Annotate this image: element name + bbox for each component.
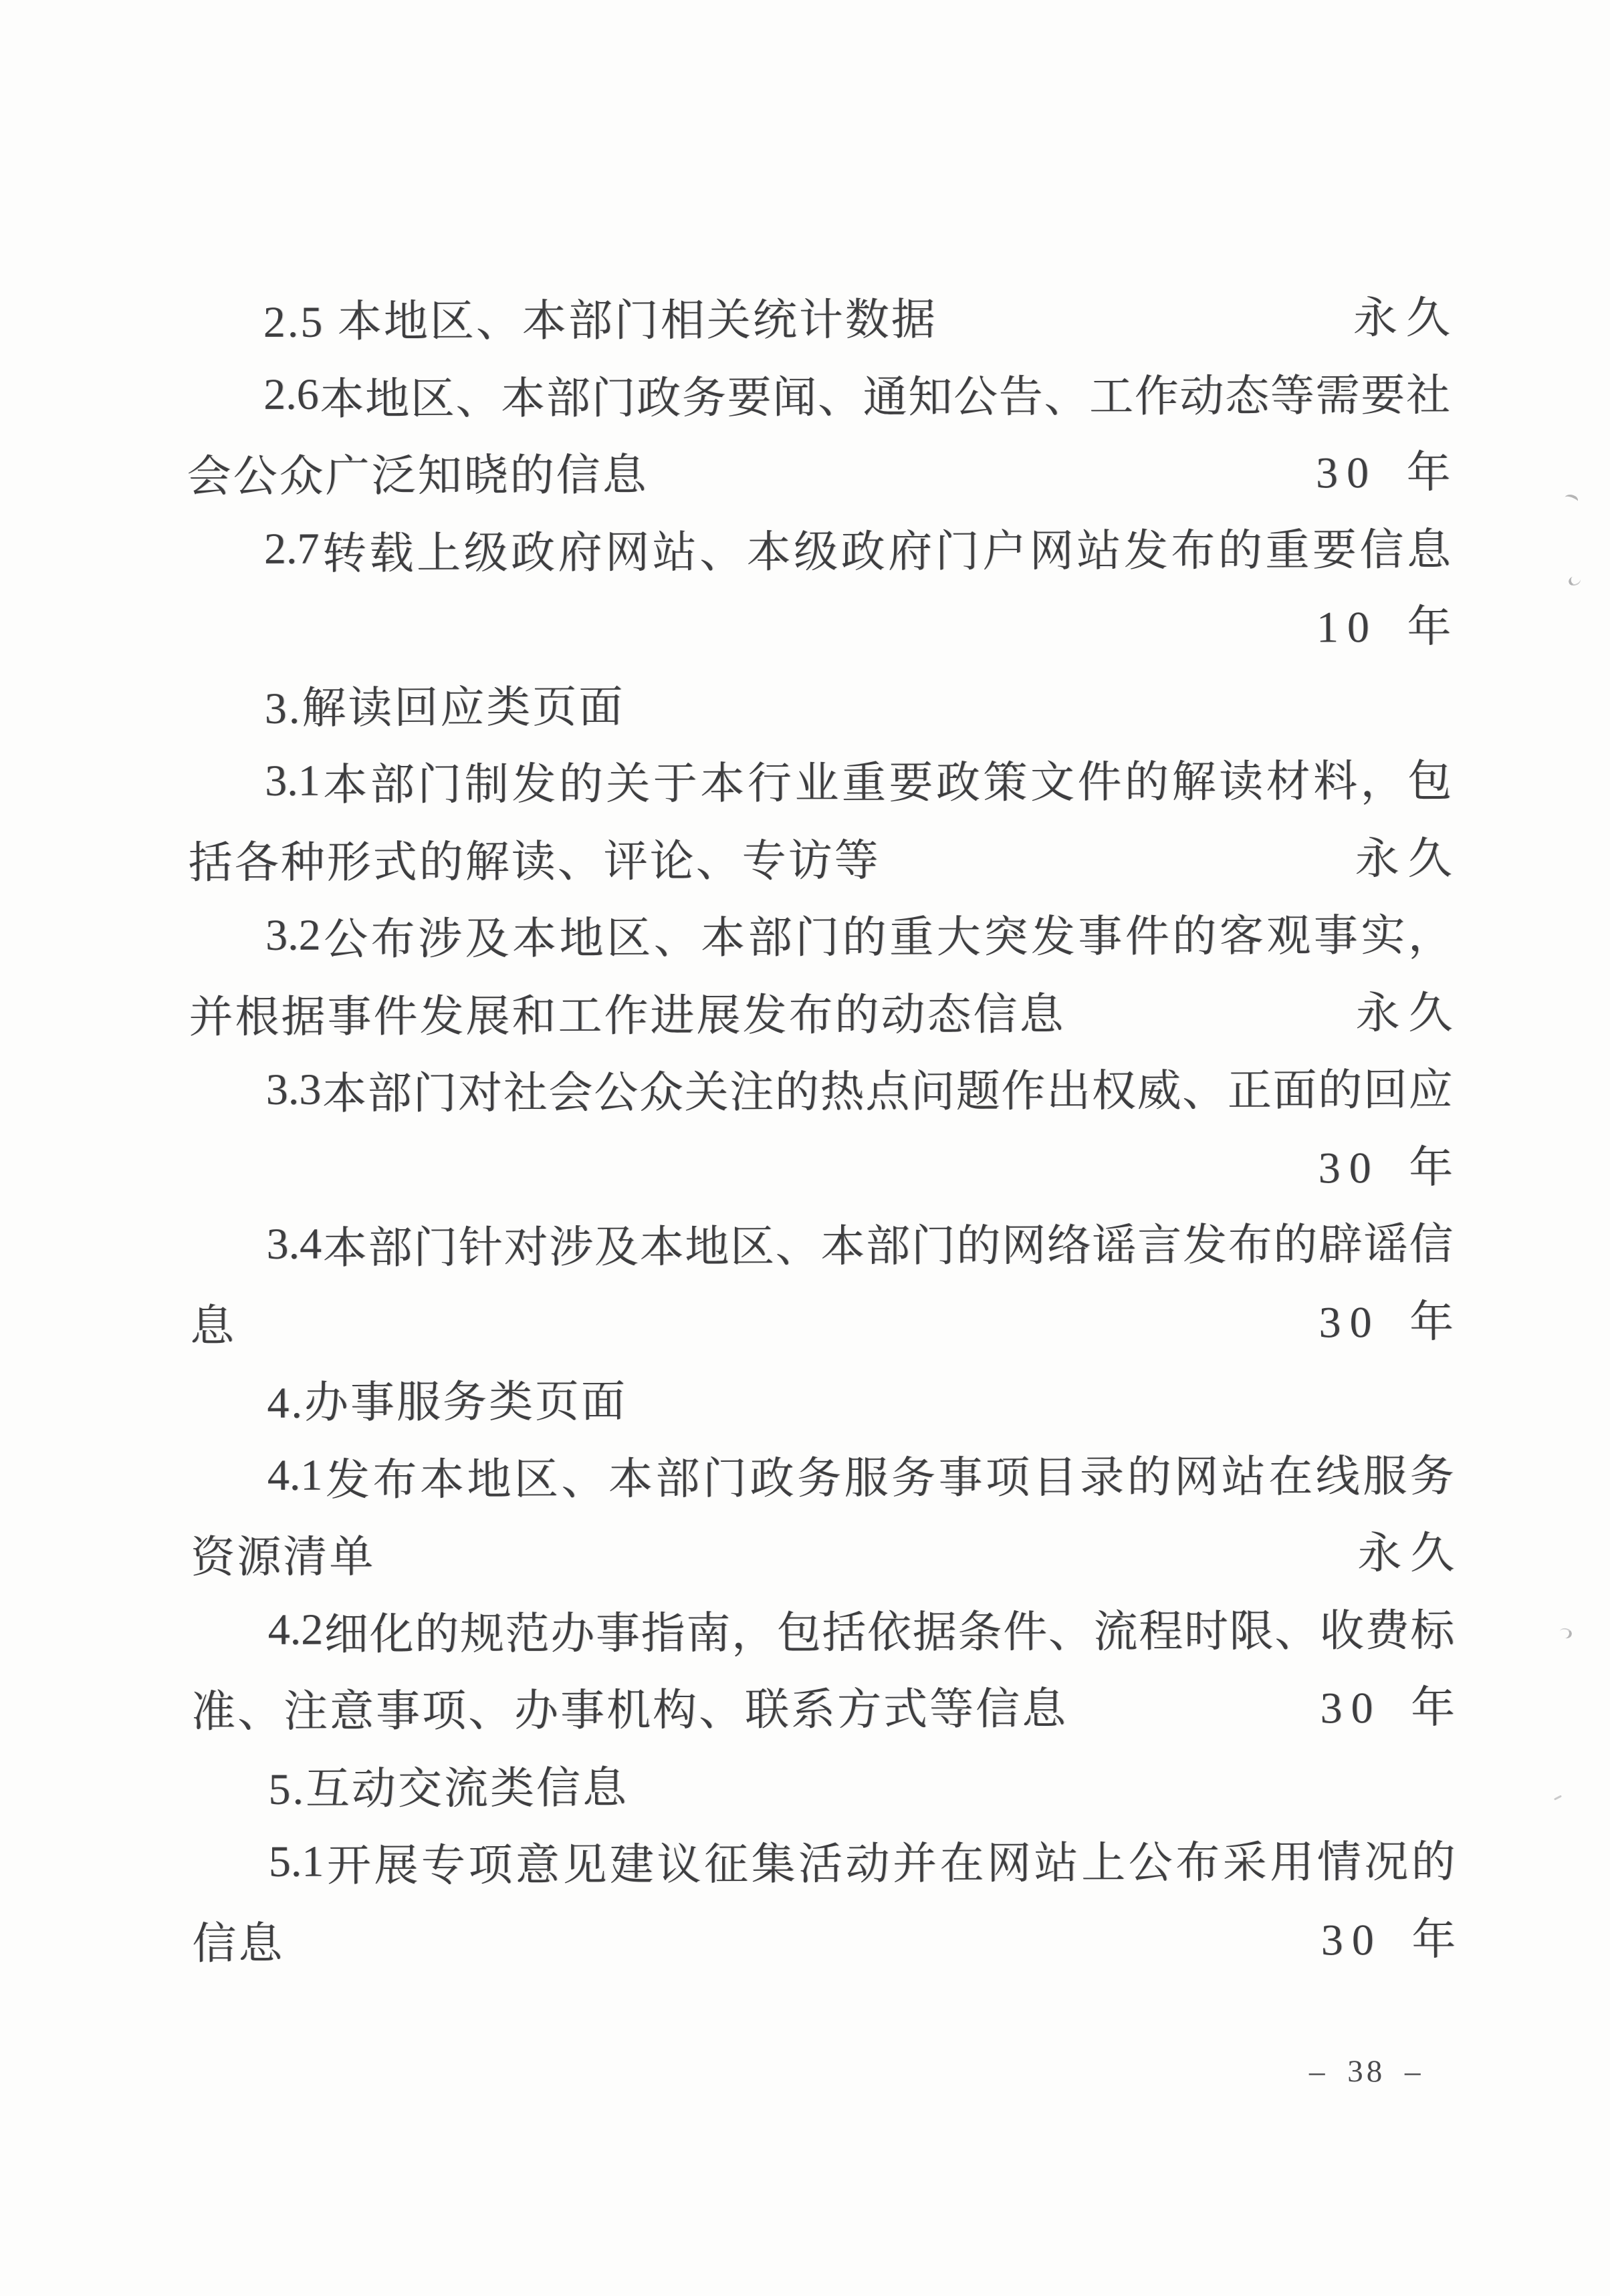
line-text: 本 <box>323 1213 367 1276</box>
line-text: 知 <box>908 361 952 424</box>
line-text: 括 <box>822 1597 866 1660</box>
line-text: 化 <box>369 1598 413 1662</box>
line-text: 4.2 <box>267 1605 323 1656</box>
line-text: ， <box>1360 745 1404 809</box>
line-text: 并根据事件发展和工作进展发布的动态信息 <box>189 978 1065 1045</box>
line-text: 于 <box>653 748 697 811</box>
retention-label: 永久 <box>1353 282 1459 346</box>
line-text: 采 <box>1222 1827 1266 1890</box>
line-text: 观 <box>1266 900 1310 964</box>
line-text: 要 <box>1312 514 1357 578</box>
line-text: 件 <box>1003 1596 1047 1660</box>
line-text: 信 <box>1359 514 1403 578</box>
line-text: 区 <box>730 1210 774 1274</box>
line-text: 务 <box>797 1442 841 1506</box>
line-text: 的 <box>559 748 603 811</box>
document-line: 2.6本地区、本部门政务要闻、通知公告、工作动态等需要社 <box>187 352 1450 434</box>
document-line: 息30 年 <box>190 1279 1454 1360</box>
document-line: 资源清单永久 <box>191 1511 1454 1592</box>
line-text: 制 <box>465 749 509 812</box>
document-line: 3.4本部门针对涉及本地区、本部门的网络谣言发布的辟谣信 <box>189 1202 1453 1283</box>
retention-label: 30 年 <box>1318 1285 1462 1350</box>
line-text: 4.1 <box>267 1450 323 1501</box>
line-text: 部 <box>747 902 792 965</box>
document-line: 3.1本部门制发的关于本行业重要政策文件的解读材料，包 <box>188 739 1452 820</box>
line-text: 4.办事服务类页面 <box>267 1366 627 1430</box>
line-text: 门 <box>935 515 980 579</box>
retention-label: 30 年 <box>1320 1672 1464 1736</box>
line-text: 本 <box>700 748 744 811</box>
line-text: 闻 <box>772 362 816 425</box>
line-text: 本 <box>608 1443 653 1507</box>
line-text: 网 <box>1174 1441 1218 1505</box>
line-text: 件 <box>1125 900 1169 964</box>
line-text: 政 <box>637 362 681 425</box>
line-text: 征 <box>704 1829 748 1892</box>
line-text: 地 <box>685 1211 729 1275</box>
line-text: 本 <box>320 363 364 426</box>
line-text: 地 <box>467 1443 511 1507</box>
line-text: 范 <box>505 1598 549 1661</box>
scan-artifact <box>1554 1795 1562 1800</box>
line-text: 、 <box>818 362 862 425</box>
line-text: 站 <box>652 516 696 580</box>
line-text: 2.5 本地区、本部门相关统计数据 <box>263 284 937 350</box>
line-text: 注 <box>729 1056 774 1120</box>
document-line: 5.互动交流类信息 <box>191 1742 1455 1823</box>
line-text: 费 <box>1365 1595 1409 1658</box>
line-text: 户 <box>982 515 1026 579</box>
line-text: 的 <box>1127 1441 1171 1505</box>
line-text: 本 <box>746 516 790 580</box>
line-text: 线 <box>1315 1440 1359 1504</box>
line-text: 见 <box>562 1829 606 1892</box>
line-text: 议 <box>657 1829 701 1892</box>
line-text: 集 <box>751 1828 795 1892</box>
line-text: 要 <box>1361 360 1405 423</box>
document-line: 会公众广泛知晓的信息30 年 <box>187 430 1450 511</box>
line-text: 录 <box>1080 1441 1124 1505</box>
line-text: 言 <box>1137 1209 1181 1273</box>
line-text: 实 <box>1361 900 1405 963</box>
line-text: 公 <box>953 361 998 424</box>
line-text: 涉 <box>549 1211 593 1275</box>
line-text: 3.1 <box>265 755 320 806</box>
line-text: 权 <box>1092 1055 1136 1119</box>
line-text: 发 <box>1124 515 1168 578</box>
retention-label: 永久 <box>1355 977 1461 1041</box>
line-text: 事 <box>596 1598 640 1661</box>
line-text: 、 <box>699 516 743 580</box>
line-text: ， <box>731 1597 776 1660</box>
line-text: 及 <box>465 903 509 967</box>
document-line: 4.2细化的规范办事指南，包括依据条件、流程时限、收费标 <box>191 1587 1454 1669</box>
line-text: 5.互动交流类信息 <box>268 1752 628 1817</box>
line-text: 开 <box>327 1830 371 1894</box>
line-text: 站 <box>1034 1827 1078 1891</box>
line-text: 信 <box>1409 1208 1453 1272</box>
line-text: 谣 <box>1363 1208 1407 1272</box>
page-number: – 38 – <box>1309 2053 1424 2089</box>
scan-artifact <box>1563 493 1579 507</box>
line-text: 网 <box>1030 515 1074 578</box>
line-text: 用 <box>1270 1827 1314 1890</box>
line-text: 解 <box>1171 746 1216 809</box>
line-text: 大 <box>937 901 981 965</box>
line-text: 南 <box>686 1597 730 1660</box>
line-text: 动 <box>845 1828 889 1892</box>
line-text: 回 <box>1363 1054 1407 1118</box>
line-text: 条 <box>957 1596 1002 1660</box>
line-text: 发 <box>511 749 556 812</box>
line-text: 站 <box>1221 1440 1265 1504</box>
line-text: 针 <box>459 1212 503 1275</box>
line-text: 工 <box>1089 360 1133 424</box>
line-text: 要 <box>727 362 771 425</box>
line-text: 谣 <box>1092 1210 1136 1273</box>
line-text: 门 <box>911 1210 955 1274</box>
line-text: 布 <box>372 1444 417 1507</box>
line-text: 包 <box>777 1597 821 1660</box>
line-text: 重 <box>1265 514 1309 578</box>
document-line: 4.办事服务类页面 <box>190 1356 1454 1438</box>
line-text: 2.7 <box>264 524 320 575</box>
line-text: 在 <box>1268 1440 1312 1504</box>
line-text: 面 <box>1272 1055 1316 1118</box>
line-text: 务 <box>891 1442 935 1505</box>
line-text: 区 <box>411 363 455 426</box>
line-text: 事 <box>938 1442 982 1505</box>
document-line: 2.7转载上级政府网站、本级政府门户网站发布的重要信息 <box>187 507 1451 588</box>
line-text: 规 <box>460 1598 504 1661</box>
retention-label: 30 年 <box>1318 1131 1462 1195</box>
document-line: 3.2公布涉及本地区、本部门的重大突发事件的客观事实， <box>189 893 1452 975</box>
line-text: 网 <box>987 1827 1031 1891</box>
line-text: 门 <box>413 1212 457 1275</box>
line-text: 材 <box>1266 746 1310 809</box>
document-body: 2.5 本地区、本部门相关统计数据永久2.6本地区、本部门政务要闻、通知公告、工… <box>187 275 1456 1979</box>
line-text: 重 <box>842 747 886 811</box>
line-text: 本 <box>512 903 556 967</box>
line-text: 、 <box>1044 360 1088 424</box>
line-text: 及 <box>594 1211 639 1275</box>
line-text: 作 <box>1001 1055 1045 1119</box>
line-text: 会公众广泛知晓的信息 <box>187 439 648 504</box>
line-text: 载 <box>369 517 413 581</box>
line-text: 发 <box>1183 1209 1227 1273</box>
line-text: 部 <box>655 1442 699 1506</box>
retention-label: 10 年 <box>1316 591 1460 655</box>
line-text: 的 <box>1172 900 1216 964</box>
line-text: 上 <box>1081 1827 1125 1891</box>
line-text: 服 <box>844 1442 888 1505</box>
line-text: 网 <box>605 517 649 580</box>
line-text: 、 <box>1182 1055 1226 1118</box>
retention-label: 30 年 <box>1316 436 1460 501</box>
line-text: 本 <box>701 902 745 966</box>
line-text: 务 <box>682 362 726 425</box>
line-text: 、 <box>561 1443 605 1507</box>
line-text: 要 <box>889 747 933 811</box>
line-text: 部 <box>368 1212 412 1275</box>
line-text: 在 <box>939 1827 984 1891</box>
scan-artifact <box>1567 575 1581 588</box>
line-text: 政 <box>511 517 555 580</box>
line-text: 转 <box>322 517 366 581</box>
line-text: 告 <box>999 361 1043 424</box>
line-text: 本 <box>639 1211 683 1275</box>
line-text: 题 <box>955 1055 1000 1119</box>
line-text: ， <box>1408 900 1452 963</box>
line-text: 关 <box>606 748 650 811</box>
line-text: 地 <box>559 902 603 966</box>
line-text: 问 <box>911 1056 955 1120</box>
line-text: 威 <box>1137 1055 1181 1118</box>
line-text: 地 <box>365 363 409 426</box>
line-text: 需 <box>1315 360 1359 423</box>
line-text: 5.1 <box>269 1836 324 1887</box>
line-text: 布 <box>370 903 415 967</box>
line-text: 的 <box>1273 1209 1317 1273</box>
line-text: 涉 <box>418 903 462 967</box>
retention-label: 永久 <box>1357 1517 1463 1581</box>
document-line: 3.3本部门对社会公众关注的热点问题作出权威、正面的回应 <box>189 1047 1453 1129</box>
line-text: 通 <box>862 361 907 424</box>
line-text: 、 <box>1274 1595 1318 1658</box>
line-text: 客 <box>1220 900 1264 964</box>
line-text: 府 <box>888 515 932 579</box>
scan-artifact <box>1558 1627 1573 1640</box>
line-text: 本 <box>322 1058 366 1122</box>
line-text: 级 <box>794 516 838 580</box>
line-text: 建 <box>610 1829 654 1892</box>
line-text: 布 <box>1228 1209 1272 1273</box>
retention-label: 永久 <box>1355 822 1460 886</box>
line-text: 热 <box>820 1056 864 1120</box>
document-line: 3.解读回应类页面 <box>188 661 1452 743</box>
line-text: 布 <box>1175 1827 1220 1890</box>
document-line: 10 年 <box>187 584 1451 666</box>
line-text: 部 <box>546 362 590 426</box>
line-text: 事 <box>1078 901 1122 965</box>
line-text: 公 <box>594 1057 638 1120</box>
line-text: 门 <box>413 1057 457 1121</box>
line-text: 息 <box>190 1290 236 1354</box>
line-text: 站 <box>1076 515 1121 578</box>
line-text: 目 <box>1032 1441 1076 1505</box>
document-line: 并根据事件发展和工作进展发布的动态信息永久 <box>189 970 1452 1051</box>
line-text: 的 <box>1125 746 1169 809</box>
line-text: 对 <box>458 1057 502 1121</box>
line-text: 上 <box>417 517 461 581</box>
line-text: 本 <box>420 1444 464 1507</box>
line-text: 本 <box>323 749 367 813</box>
line-text: 收 <box>1320 1595 1364 1658</box>
line-text: 况 <box>1364 1826 1408 1890</box>
line-text: 2.6 <box>263 370 319 420</box>
line-text: 对 <box>503 1212 548 1275</box>
line-text: 众 <box>639 1057 683 1120</box>
line-text: 3.2 <box>265 910 321 961</box>
line-text: 行 <box>747 747 792 811</box>
line-text: 出 <box>1046 1055 1090 1119</box>
line-text: 据 <box>913 1596 957 1660</box>
line-text: 社 <box>503 1057 548 1121</box>
line-text: 区 <box>514 1443 558 1507</box>
line-text: 读 <box>1219 746 1263 809</box>
line-text: 发 <box>1031 901 1075 965</box>
line-text: 依 <box>867 1596 911 1660</box>
line-text: 情 <box>1317 1826 1361 1890</box>
line-text: 3.4 <box>266 1219 322 1269</box>
line-text: 部 <box>866 1210 910 1274</box>
line-text: 门 <box>591 362 635 426</box>
line-text: 门 <box>703 1442 747 1506</box>
line-text: 资源清单 <box>191 1521 375 1585</box>
line-text: 布 <box>1171 515 1215 578</box>
line-text: 作 <box>1135 360 1179 424</box>
line-text: 、 <box>455 362 499 426</box>
line-text: 程 <box>1139 1596 1183 1659</box>
line-text: 专 <box>421 1829 465 1893</box>
line-text: 指 <box>641 1597 685 1660</box>
line-text: 发 <box>326 1444 370 1507</box>
document-line: 信息30 年 <box>192 1896 1456 1978</box>
line-text: 社 <box>1406 359 1450 422</box>
line-text: 的 <box>1411 1826 1456 1890</box>
line-text: 政 <box>840 515 885 579</box>
document-line: 4.1发布本地区、本部门政务服务事项目录的网站在线服务 <box>191 1433 1454 1515</box>
line-text: 会 <box>548 1057 592 1120</box>
line-text: 策 <box>983 747 1027 810</box>
line-text: 络 <box>1047 1210 1091 1273</box>
line-text: 等 <box>1270 360 1314 423</box>
line-text: 政 <box>936 747 980 810</box>
line-text: 括各种形式的解读、评论、专访等 <box>188 824 880 890</box>
line-text: 文 <box>1030 747 1074 810</box>
line-text: 重 <box>889 902 933 965</box>
document-line: 5.1开展专项意见建议征集活动并在网站上公布采用情况的 <box>192 1819 1456 1901</box>
scanned-document-page: 2.5 本地区、本部门相关统计数据永久2.6本地区、本部门政务要闻、通知公告、工… <box>0 0 1610 2296</box>
line-text: 动 <box>1179 360 1224 424</box>
line-text: 政 <box>750 1442 794 1506</box>
line-text: 级 <box>463 517 507 580</box>
line-text: 府 <box>558 517 602 580</box>
line-text: 、 <box>776 1210 820 1274</box>
line-text: 项 <box>468 1829 512 1893</box>
line-text: 件 <box>1077 747 1121 810</box>
line-text: 、 <box>653 902 697 966</box>
line-text: 信息 <box>192 1908 284 1971</box>
line-text: 正 <box>1228 1055 1272 1118</box>
line-text: 务 <box>1410 1440 1454 1503</box>
line-text: 门 <box>795 902 839 965</box>
line-text: 息 <box>1407 513 1451 577</box>
line-text: 展 <box>374 1829 418 1893</box>
line-text: 3.3 <box>266 1064 322 1115</box>
line-text: 的 <box>1218 514 1262 578</box>
line-text: 并 <box>893 1828 937 1892</box>
document-line: 2.5 本地区、本部门相关统计数据永久 <box>187 275 1450 357</box>
document-line: 30 年 <box>189 1124 1453 1206</box>
line-text: 部 <box>368 1057 412 1121</box>
line-text: 区 <box>606 902 651 966</box>
line-text: 细 <box>324 1598 368 1662</box>
line-text: 应 <box>1408 1054 1452 1118</box>
document-line: 准、注意事项、办事机构、联系方式等信息30 年 <box>191 1665 1455 1747</box>
line-text: 时 <box>1184 1596 1228 1659</box>
line-text: 部 <box>370 749 415 812</box>
line-text: 的 <box>1318 1054 1362 1118</box>
line-text: 公 <box>1128 1827 1172 1890</box>
retention-label: 30 年 <box>1321 1903 1465 1967</box>
line-text: 网 <box>1002 1210 1046 1273</box>
line-text: 辟 <box>1318 1208 1363 1272</box>
line-text: 门 <box>417 749 461 812</box>
line-text: 事 <box>1314 900 1358 963</box>
line-text: 意 <box>515 1829 560 1893</box>
line-text: 限 <box>1229 1595 1273 1658</box>
line-text: 态 <box>1225 360 1269 423</box>
line-text: 包 <box>1407 745 1452 809</box>
line-text: 突 <box>984 901 1028 965</box>
line-text: 服 <box>1363 1440 1407 1504</box>
line-text: 办 <box>550 1598 594 1661</box>
line-text: 的 <box>842 902 887 965</box>
line-text: 的 <box>775 1056 819 1120</box>
line-text: 业 <box>794 747 838 811</box>
line-text: 活 <box>798 1828 842 1892</box>
line-text: 项 <box>986 1442 1030 1505</box>
line-text: 本 <box>501 362 545 426</box>
line-text: 关 <box>684 1057 728 1120</box>
line-text: 3.解读回应类页面 <box>265 671 625 736</box>
line-text: 流 <box>1093 1596 1137 1659</box>
line-text: 公 <box>324 904 368 967</box>
document-line: 括各种形式的解读、评论、专访等永久 <box>188 815 1452 897</box>
line-text: 的 <box>415 1598 459 1662</box>
line-text: 本 <box>820 1210 865 1274</box>
line-text: 料 <box>1313 745 1357 809</box>
line-text: 、 <box>1048 1596 1092 1659</box>
line-text: 点 <box>865 1056 909 1120</box>
line-text: 的 <box>956 1210 1000 1273</box>
line-text: 准、注意事项、办事机构、联系方式等信息 <box>191 1673 1068 1740</box>
line-text: 标 <box>1410 1594 1454 1658</box>
